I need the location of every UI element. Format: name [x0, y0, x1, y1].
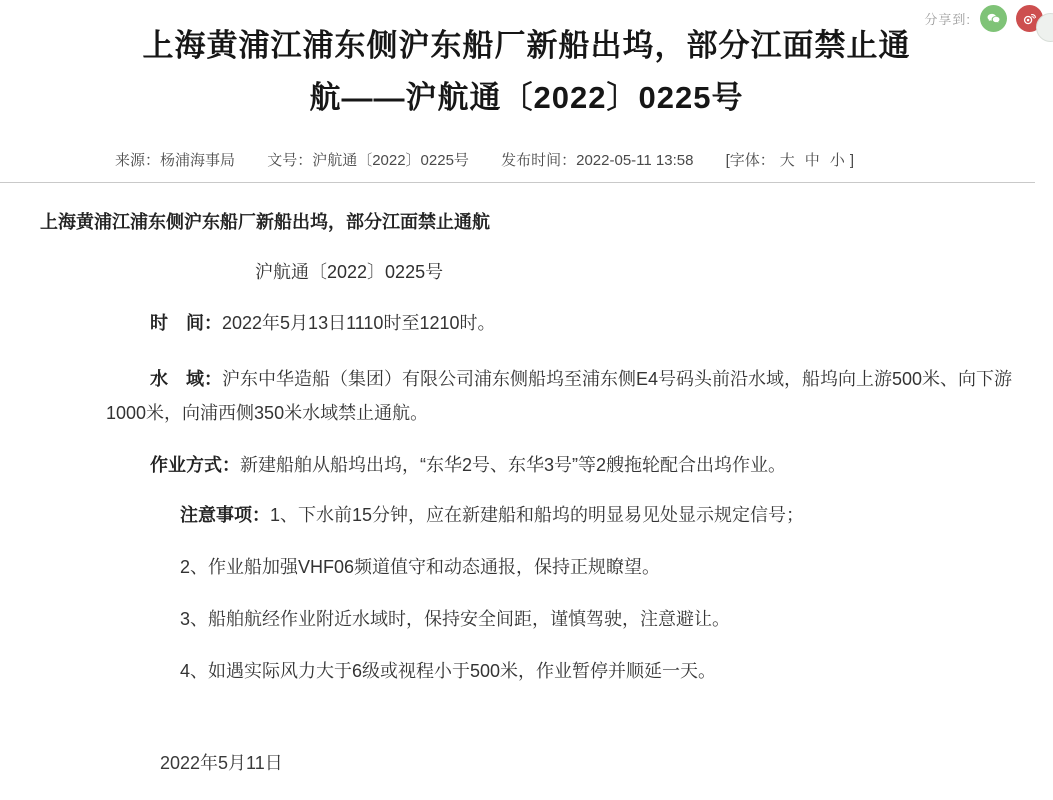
meta-source: 来源：杨浦海事局 — [115, 152, 235, 169]
notes-item-4-text: 4、如遇实际风力大于6级或视程小于500米，作业暂停并顺延一天。 — [180, 661, 716, 681]
meta-font-switcher: [字体：大中小] — [726, 152, 854, 169]
paragraph-time: 时 间：2022年5月13日1110时至1210时。 — [150, 308, 1043, 338]
paragraph-notes-item-4: 4、如遇实际风力大于6级或视程小于500米，作业暂停并顺延一天。 — [180, 656, 1043, 686]
paragraph-water-area: 水 域：沪东中华造船（集团）有限公司浦东侧船坞至浦东侧E4号码头前沿水域，船坞向… — [0, 362, 1053, 430]
meta-publish-time: 发布时间：2022-05-11 13:58 — [501, 152, 693, 169]
page-title-line1: 上海黄浦江浦东侧沪东船厂新船出坞，部分江面禁止通 — [30, 20, 1023, 72]
water-area-text: 沪东中华造船（集团）有限公司浦东侧船坞至浦东侧E4号码头前沿水域，船坞向上游50… — [106, 369, 1012, 423]
paragraph-notes-item-1: 注意事项：1、下水前15分钟，应在新建船和船坞的明显易见处显示规定信号； — [180, 500, 1043, 530]
time-label: 时 间： — [150, 313, 222, 333]
page-title: 上海黄浦江浦东侧沪东船厂新船出坞，部分江面禁止通 航——沪航通〔2022〕022… — [30, 20, 1023, 124]
meta-doc-number: 文号：沪航通〔2022〕0225号 — [267, 152, 469, 169]
header-divider — [0, 182, 1035, 183]
share-label: 分享到: — [924, 9, 971, 28]
font-size-medium-link[interactable]: 中 — [805, 152, 820, 169]
font-switcher-close-bracket: ] — [850, 152, 854, 169]
article-heading: 上海黄浦江浦东侧沪东船厂新船出坞，部分江面禁止通航 — [40, 210, 1053, 234]
time-text: 2022年5月13日1110时至1210时。 — [222, 313, 496, 333]
wechat-icon — [985, 10, 1002, 27]
share-icon-partial — [1036, 13, 1053, 42]
meta-row: 来源：杨浦海事局 文号：沪航通〔2022〕0225号 发布时间：2022-05-… — [0, 150, 1053, 171]
article-body: 上海黄浦江浦东侧沪东船厂新船出坞，部分江面禁止通航 沪航通〔2022〕0225号… — [0, 210, 1053, 778]
font-size-small-link[interactable]: 小 — [830, 152, 845, 169]
notes-item-3-text: 3、船舶航经作业附近水域时，保持安全间距，谨慎驾驶，注意避让。 — [180, 609, 730, 629]
notes-label: 注意事项： — [180, 505, 270, 525]
paragraph-notes-item-2: 2、作业船加强VHF06频道值守和动态通报，保持正规瞭望。 — [180, 552, 1043, 582]
operation-method-text: 新建船舶从船坞出坞，“东华2号、东华3号”等2艘拖轮配合出坞作业。 — [240, 455, 786, 475]
article-date: 2022年5月11日 — [160, 748, 1053, 778]
share-row: 分享到: — [924, 5, 1043, 32]
notes-item-2-text: 2、作业船加强VHF06频道值守和动态通报，保持正规瞭望。 — [180, 557, 660, 577]
font-switcher-open-bracket: [字体： — [726, 152, 775, 169]
paragraph-notes-item-3: 3、船舶航经作业附近水域时，保持安全间距，谨慎驾驶，注意避让。 — [180, 604, 1043, 634]
notes-item-1-text: 1、下水前15分钟，应在新建船和船坞的明显易见处显示规定信号； — [270, 505, 804, 525]
font-size-large-link[interactable]: 大 — [780, 152, 795, 169]
operation-method-label: 作业方式： — [150, 455, 240, 475]
paragraph-operation-method: 作业方式：新建船舶从船坞出坞，“东华2号、东华3号”等2艘拖轮配合出坞作业。 — [150, 450, 1043, 480]
wechat-share-icon[interactable] — [980, 5, 1007, 32]
water-area-label: 水 域： — [150, 369, 222, 389]
article-doc-number: 沪航通〔2022〕0225号 — [255, 260, 1053, 284]
page-title-line2: 航——沪航通〔2022〕0225号 — [30, 72, 1023, 124]
